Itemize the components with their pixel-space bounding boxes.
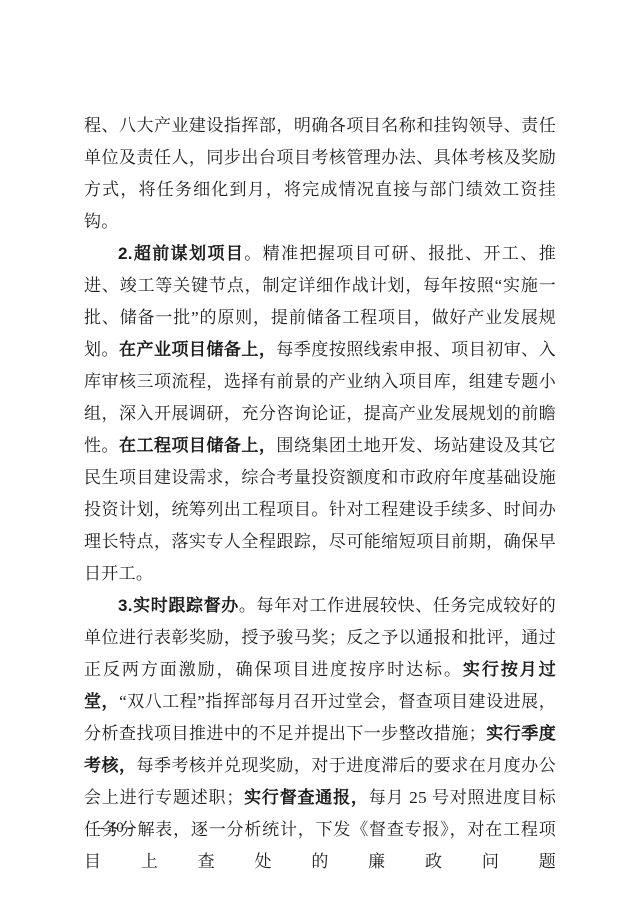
emphasis-run: 2.超前谋划项目 bbox=[118, 244, 244, 263]
page-number: - 10 - bbox=[100, 816, 133, 840]
emphasis-run: 实行督查通报， bbox=[244, 788, 369, 807]
paragraph-item-2: 2.超前谋划项目。精准把握项目可研、报批、开工、推进、竣工等关键节点，制定详细作… bbox=[84, 238, 556, 590]
emphasis-run: 在工程项目储备上， bbox=[119, 436, 276, 455]
paragraph-item-3: 3.实时跟踪督办。每年对工作进展较快、任务完成较好的单位进行表彰奖励，授予骏马奖… bbox=[84, 590, 556, 878]
text-run: 围绕集团土地开发、场站建设及其它民生项目建设需求，综合考量投资额度和市政府年度基… bbox=[84, 436, 556, 583]
paragraph-continued: 程、八大产业建设指挥部，明确各项目名称和挂钩领导、责任单位及责任人，同步出台项目… bbox=[84, 110, 556, 238]
emphasis-run: 3.实时跟踪督办 bbox=[118, 596, 239, 615]
document-body: 程、八大产业建设指挥部，明确各项目名称和挂钩领导、责任单位及责任人，同步出台项目… bbox=[84, 110, 556, 878]
document-page: 程、八大产业建设指挥部，明确各项目名称和挂钩领导、责任单位及责任人，同步出台项目… bbox=[0, 0, 636, 900]
emphasis-run: 在产业项目储备上， bbox=[119, 340, 276, 359]
text-run: 程、八大产业建设指挥部，明确各项目名称和挂钩领导、责任单位及责任人，同步出台项目… bbox=[84, 116, 556, 231]
